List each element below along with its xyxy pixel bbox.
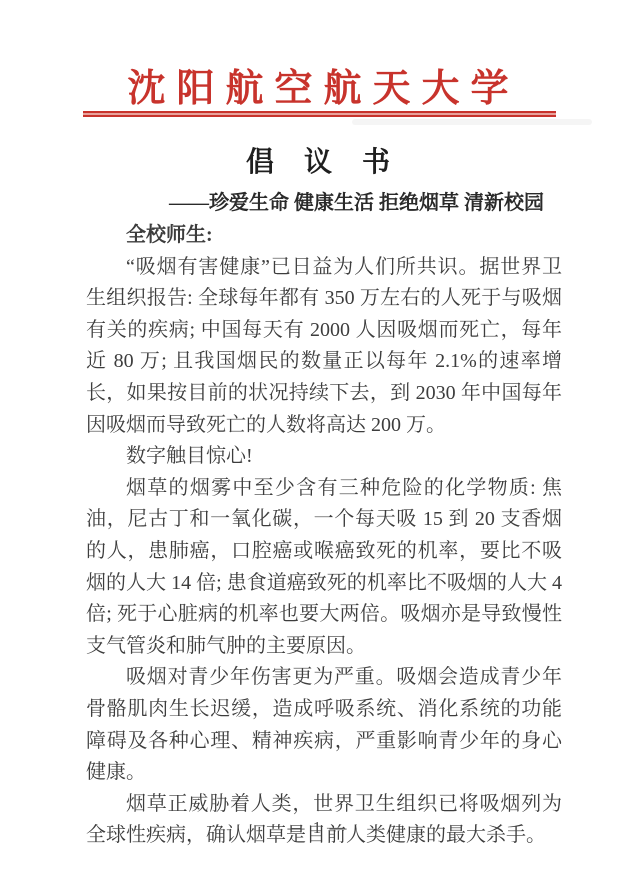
- letterhead-double-rule: [83, 111, 556, 117]
- paragraph-4: 吸烟对青少年伤害更为严重。吸烟会造成青少年骨骼肌肉生长迟缓，造成呼吸系统、消化系…: [86, 662, 562, 788]
- paragraph-3: 烟草的烟雾中至少含有三种危险的化学物质: 焦油，尼古丁和一氧化碳，一个每天吸 1…: [86, 473, 562, 663]
- salutation: 全校师生:: [86, 220, 562, 252]
- document-title: 倡议书: [0, 140, 636, 180]
- scan-smudge-artifact: [352, 119, 592, 125]
- university-letterhead: 沈阳航空航天大学: [0, 57, 636, 112]
- document-page: 沈阳航空航天大学 倡议书 ——珍爱生命 健康生活 拒绝烟草 清新校园 全校师生:…: [0, 0, 636, 895]
- paragraph-1: “吸烟有害健康”已日益为人们所共识。据世界卫生组织报告: 全球每年都有 350 …: [86, 252, 562, 442]
- document-body: 全校师生: “吸烟有害健康”已日益为人们所共识。据世界卫生组织报告: 全球每年都…: [86, 220, 562, 852]
- document-subtitle: ——珍爱生命 健康生活 拒绝烟草 清新校园: [0, 186, 544, 215]
- page-number: — 1 —: [0, 818, 636, 838]
- paragraph-2: 数字触目惊心!: [86, 441, 562, 473]
